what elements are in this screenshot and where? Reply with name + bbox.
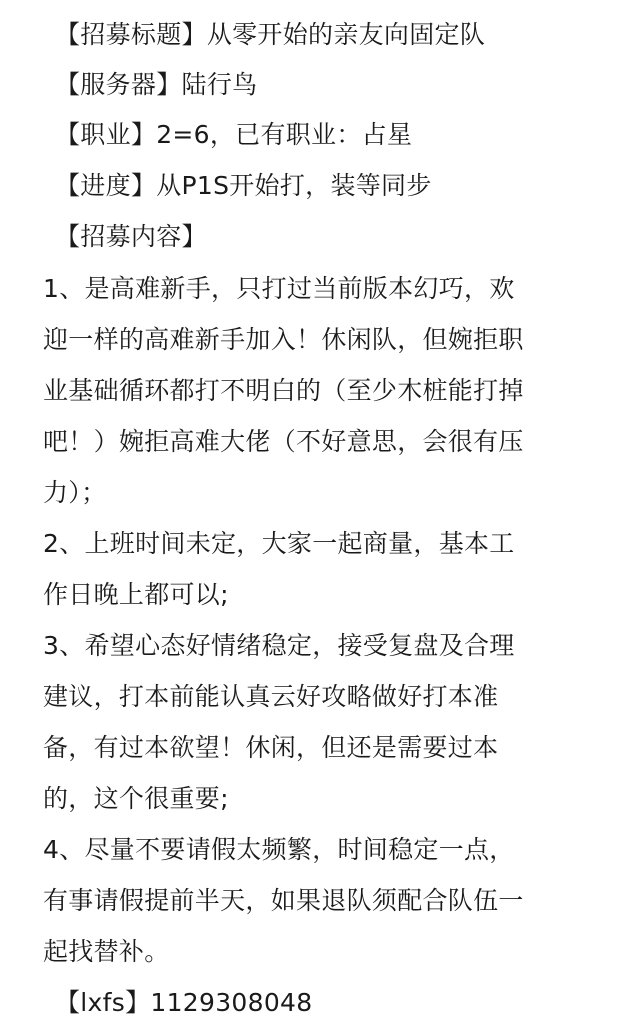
content-line: 力）；	[43, 478, 106, 508]
field-value: 陆行鸟	[182, 70, 258, 99]
content-line: 有事请假提前半天，如果退队须配合队伍一	[43, 886, 524, 916]
field-value: 2=6，已有职业：占星	[156, 120, 412, 149]
field-value: 从P1S开始打，装等同步	[156, 171, 431, 200]
field-content-heading: 【招募内容】	[55, 222, 207, 252]
field-title: 【招募标题】从零开始的亲友向固定队	[55, 20, 485, 50]
content-line: 吧！）婉拒高难大佬（不好意思，会很有压	[43, 427, 524, 457]
content-line: 业基础循环都打不明白的（至少木桩能打掉	[43, 376, 524, 406]
content-line: 2、上班时间未定，大家一起商量，基本工	[43, 529, 515, 559]
content-line: 1、是高难新手，只打过当前版本幻巧，欢	[43, 274, 515, 304]
content-line: 起找替补。	[43, 937, 170, 967]
contact-number: 1129308048	[150, 988, 312, 1017]
field-label: 【服务器】	[55, 70, 182, 99]
field-contact: 【lxfs】1129308048	[55, 988, 312, 1018]
field-server: 【服务器】陆行鸟	[55, 70, 257, 100]
field-label: 【lxfs】	[55, 988, 150, 1017]
field-label: 【招募内容】	[55, 222, 207, 251]
field-label: 【进度】	[55, 171, 156, 200]
content-line: 4、尽量不要请假太频繁，时间稳定一点，	[43, 835, 515, 865]
content-line: 建议，打本前能认真云好攻略做好打本准	[43, 682, 498, 712]
field-label: 【职业】	[55, 120, 156, 149]
field-job: 【职业】2=6，已有职业：占星	[55, 120, 412, 150]
content-line: 的，这个很重要;	[43, 784, 229, 814]
field-progress: 【进度】从P1S开始打，装等同步	[55, 171, 432, 201]
field-value: 从零开始的亲友向固定队	[207, 20, 485, 49]
content-line: 作日晚上都可以;	[43, 580, 229, 610]
field-label: 【招募标题】	[55, 20, 207, 49]
content-line: 备，有过本欲望！休闲，但还是需要过本	[43, 733, 498, 763]
content-line: 迎一样的高难新手加入！休闲队，但婉拒职	[43, 325, 524, 355]
content-line: 3、希望心态好情绪稳定，接受复盘及合理	[43, 631, 515, 661]
